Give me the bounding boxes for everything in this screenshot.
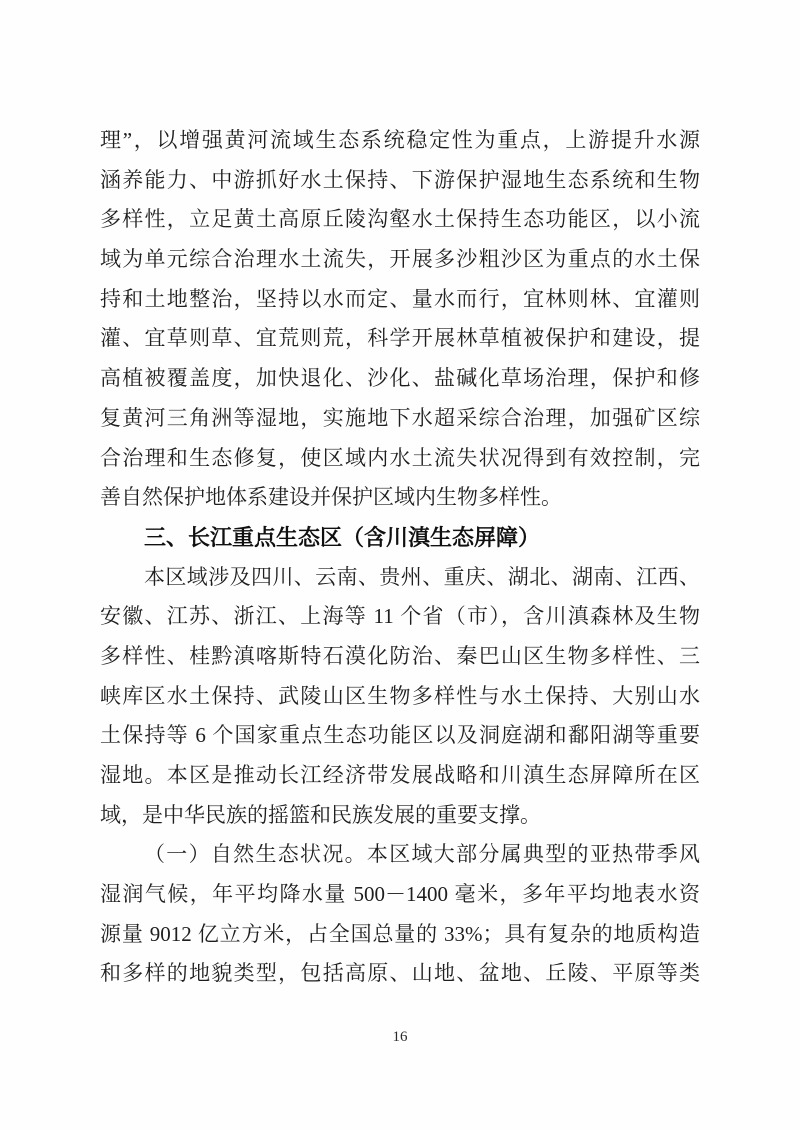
text-line: 持和土地整治，坚持以水而定、量水而行，宜林则林、宜灌则: [100, 280, 700, 320]
text-line: 多样性、桂黔滇喀斯特石漠化防治、秦巴山区生物多样性、三: [100, 637, 700, 677]
section-heading: 三、长江重点生态区（含川滇生态屏障）: [100, 518, 700, 558]
text-line: 安徽、江苏、浙江、上海等 11 个省（市），含川滇森林及生物: [100, 597, 700, 637]
text-line: 复黄河三角洲等湿地，实施地下水超采综合治理，加强矿区综: [100, 399, 700, 439]
text-line: 灌、宜草则草、宜荒则荒，科学开展林草植被保护和建设，提: [100, 319, 700, 359]
page-number: 16: [0, 1029, 800, 1046]
text-line: 湿地。本区是推动长江经济带发展战略和川滇生态屏障所在区: [100, 756, 700, 796]
document-page: 理”，以增强黄河流域生态系统稳定性为重点，上游提升水源涵养能力、中游抓好水土保持…: [0, 0, 800, 1131]
text-line: 涵养能力、中游抓好水土保持、下游保护湿地生态系统和生物: [100, 161, 700, 201]
text-block: 理”，以增强黄河流域生态系统稳定性为重点，上游提升水源涵养能力、中游抓好水土保持…: [100, 121, 700, 994]
text-line: 和多样的地貌类型，包括高原、山地、盆地、丘陵、平原等类: [100, 954, 700, 994]
text-line: 理”，以增强黄河流域生态系统稳定性为重点，上游提升水源: [100, 121, 700, 161]
text-line: 湿润气候，年平均降水量 500－1400 毫米，多年平均地表水资: [100, 875, 700, 915]
text-line: 合治理和生态修复，使区域内水土流失状况得到有效控制，完: [100, 439, 700, 479]
text-line: 本区域涉及四川、云南、贵州、重庆、湖北、湖南、江西、: [100, 558, 700, 598]
text-line: 高植被覆盖度，加快退化、沙化、盐碱化草场治理，保护和修: [100, 359, 700, 399]
text-line: 土保持等 6 个国家重点生态功能区以及洞庭湖和鄱阳湖等重要: [100, 716, 700, 756]
text-line: 善自然保护地体系建设并保护区域内生物多样性。: [100, 478, 700, 518]
text-line: 域，是中华民族的摇篮和民族发展的重要支撑。: [100, 796, 700, 836]
text-line: 峡库区水土保持、武陵山区生物多样性与水土保持、大别山水: [100, 677, 700, 717]
text-line: 源量 9012 亿立方米，占全国总量的 33%；具有复杂的地质构造: [100, 915, 700, 955]
text-line: 多样性，立足黄土高原丘陵沟壑水土保持生态功能区，以小流: [100, 200, 700, 240]
text-line: （一）自然生态状况。本区域大部分属典型的亚热带季风: [100, 835, 700, 875]
text-line: 域为单元综合治理水土流失，开展多沙粗沙区为重点的水土保: [100, 240, 700, 280]
